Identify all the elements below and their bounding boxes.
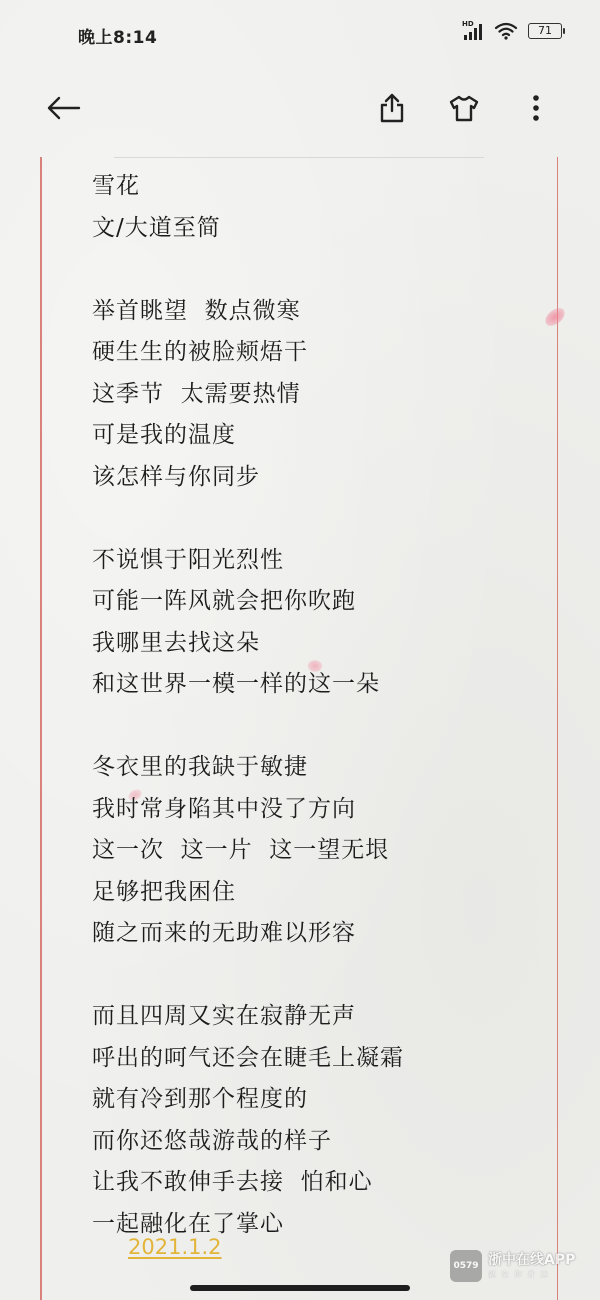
home-indicator[interactable] [190,1285,410,1291]
poem-line: 硬生生的被脸颊焐干 [92,332,540,374]
wifi-icon [494,22,518,40]
theme-button[interactable] [444,88,484,128]
poem-line: 这一次 这一片 这一望无垠 [92,830,540,872]
more-vertical-icon [532,94,540,122]
top-toolbar [0,80,600,136]
paper-left-margin-line [40,157,42,1300]
blank-line [92,955,540,997]
blank-line [92,249,540,291]
status-time: 晚上8:14 [78,23,157,48]
status-icons: HD 71 [462,22,562,40]
poem-line: 而你还悠哉游哉的样子 [92,1121,540,1163]
poem-line: 我时常身陷其中没了方向 [92,789,540,831]
paper-right-margin-line [557,157,559,1300]
poem-line: 让我不敢伸手去接 怕和心 [92,1162,540,1204]
poem-line: 可是我的温度 [92,415,540,457]
poem-line: 随之而来的无助难以形容 [92,913,540,955]
poem-line: 这季节 太需要热情 [92,374,540,416]
poem-line: 不说惧于阳光烈性 [92,540,540,582]
hd-label: HD [462,20,474,28]
poem-line: 冬衣里的我缺于敏捷 [92,747,540,789]
poem-line: 和这世界一模一样的这一朵 [92,664,540,706]
poem-line: 足够把我困住 [92,872,540,914]
tshirt-icon [448,94,480,122]
blank-line [92,498,540,540]
poem-line: 该怎样与你同步 [92,457,540,499]
share-icon [379,93,405,123]
back-button[interactable] [44,88,84,128]
watermark: 0579 浙中在线APP 就在你身边 [450,1250,575,1282]
note-author: 文/大道至简 [92,208,540,250]
watermark-title: 浙中在线APP [488,1252,575,1269]
more-options-button[interactable] [516,88,556,128]
poem-line: 而且四周又实在寂静无声 [92,996,540,1038]
watermark-logo-icon: 0579 [450,1250,482,1282]
poem-line: 就有冷到那个程度的 [92,1079,540,1121]
battery-icon: 71 [528,23,562,39]
cellular-signal-icon: HD [462,22,484,40]
blank-line [92,706,540,748]
watermark-text: 浙中在线APP 就在你身边 [488,1252,575,1280]
status-bar: 晚上8:14 HD 71 [0,0,600,70]
poem-line: 举首眺望 数点微寒 [92,291,540,333]
watermark-subtitle: 就在你身边 [488,1269,575,1280]
note-title: 雪花 [92,166,540,208]
battery-level: 71 [538,24,552,37]
note-body[interactable]: 雪花 文/大道至简 举首眺望 数点微寒 硬生生的被脸颊焐干 这季节 太需要热情 … [92,166,540,1245]
arrow-left-icon [47,96,81,120]
poem-line: 可能一阵风就会把你吹跑 [92,581,540,623]
poem-line: 呼出的呵气还会在睫毛上凝霜 [92,1038,540,1080]
paper-top-rule [114,157,484,158]
note-date-link[interactable]: 2021.1.2 [128,1235,222,1259]
share-button[interactable] [372,88,412,128]
poem-line: 我哪里去找这朵 [92,623,540,665]
watermark-logo-text: 0579 [453,1261,478,1271]
